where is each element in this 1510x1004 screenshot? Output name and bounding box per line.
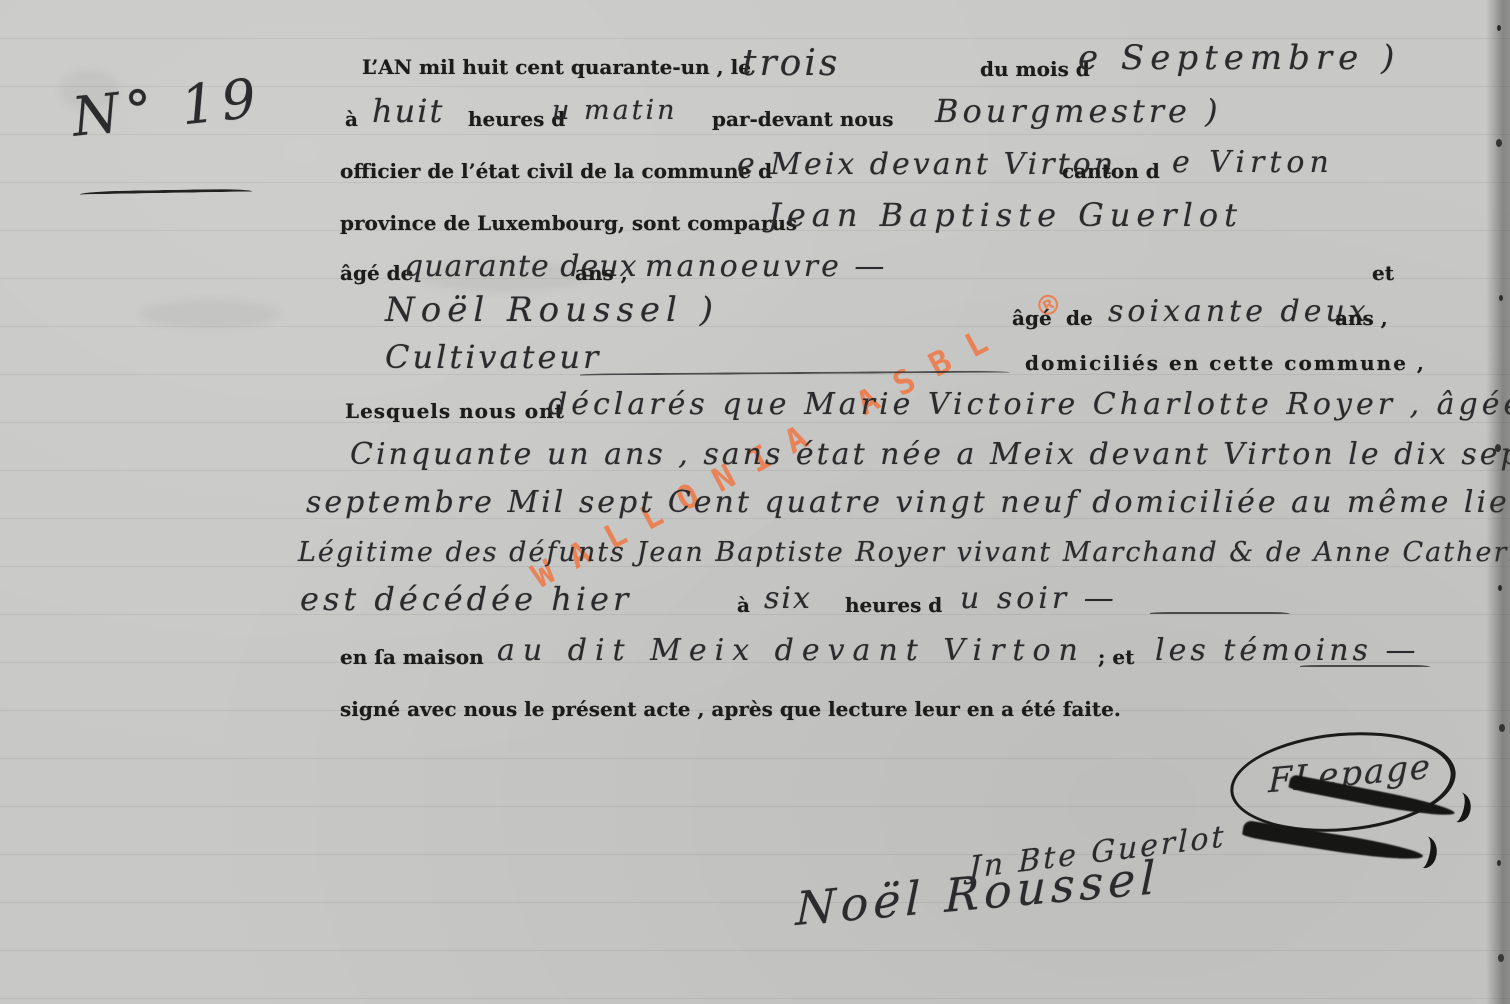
entry-day: trois: [742, 44, 840, 84]
filler-line: [1300, 665, 1430, 667]
death-record-page: WALLONIA ASBL ® N° 19 L’AN mil huit cent…: [0, 0, 1510, 1004]
entry-birthdate-domicile: septembre Mil sept Cent quatre vingt neu…: [306, 486, 1510, 519]
ink-smear-hook: [1409, 833, 1441, 870]
entry-month: e Septembre ): [1078, 40, 1400, 77]
edge-speckles: [1497, 25, 1501, 31]
entry-deceased-age-birth: Cinquante un ans , sans état née a Meix …: [350, 438, 1510, 471]
printed-text: signé avec nous le présent acte , après …: [340, 698, 1121, 721]
printed-text: ; et: [1098, 646, 1134, 669]
entry-declarant-2: Noël Roussel ): [385, 292, 719, 329]
printed-text: ans ,: [1335, 307, 1388, 330]
entry-canton: e Virton: [1172, 146, 1334, 179]
printed-text: en ſa maison: [340, 646, 484, 669]
printed-text: heures d: [845, 594, 942, 617]
act-number-underline: [80, 188, 252, 194]
printed-text: L’AN mil huit cent quarante-un , le: [362, 56, 751, 79]
printed-text: et: [1372, 262, 1394, 285]
printed-text: domiciliés en cette commune ,: [1025, 352, 1426, 375]
printed-text: à: [737, 594, 750, 617]
printed-text: officier de l’état civil de la commune d: [340, 160, 772, 183]
entry-death-hour: six: [764, 582, 812, 615]
printed-text: du mois d: [980, 58, 1090, 81]
entry-hour: huit: [372, 94, 444, 129]
entry-commune: e Meix devant Virton: [737, 148, 1116, 181]
bleedthrough-smudge: [140, 300, 280, 328]
filler-line: [1150, 612, 1290, 614]
page-edge: [1486, 0, 1510, 1004]
printed-text: Lesquels nous ont: [345, 400, 565, 423]
entry-officer-title: Bourgmestre ): [935, 94, 1222, 129]
entry-death-date: est décédée hier: [300, 582, 632, 617]
printed-text: canton d: [1062, 160, 1160, 183]
printed-text: par-devant nous: [712, 108, 894, 131]
entry-profession-1: manoeuvre —: [645, 250, 887, 283]
bleedthrough-smudge: [420, 262, 590, 292]
entry-declarant-1: Jean Baptiste Guerlot: [768, 198, 1243, 233]
printed-text: province de Luxembourg, sont comparus: [340, 212, 797, 235]
entry-time-of-day: u matin: [552, 96, 678, 126]
printed-text: à: [345, 108, 358, 131]
bleedthrough-smudge: [60, 70, 120, 110]
entry-parents: Légitime des défunts Jean Baptiste Royer…: [298, 538, 1510, 568]
entry-age-2: soixante deux: [1108, 295, 1370, 328]
entry-death-time-of-day: u soir —: [960, 582, 1118, 615]
printed-text: heures d: [468, 108, 565, 131]
entry-witnesses: les témoins —: [1155, 634, 1419, 667]
printed-text: de: [1066, 307, 1093, 330]
entry-death-place: au dit Meix devant Virton: [497, 634, 1086, 667]
ink-smear-hook: [1442, 789, 1474, 825]
entry-profession-2: Cultivateur: [385, 340, 601, 375]
entry-deceased-name: déclarés que Marie Victoire Charlotte Ro…: [548, 388, 1510, 421]
printed-text: âgé de: [340, 262, 413, 285]
printed-text: âgé: [1012, 307, 1052, 330]
